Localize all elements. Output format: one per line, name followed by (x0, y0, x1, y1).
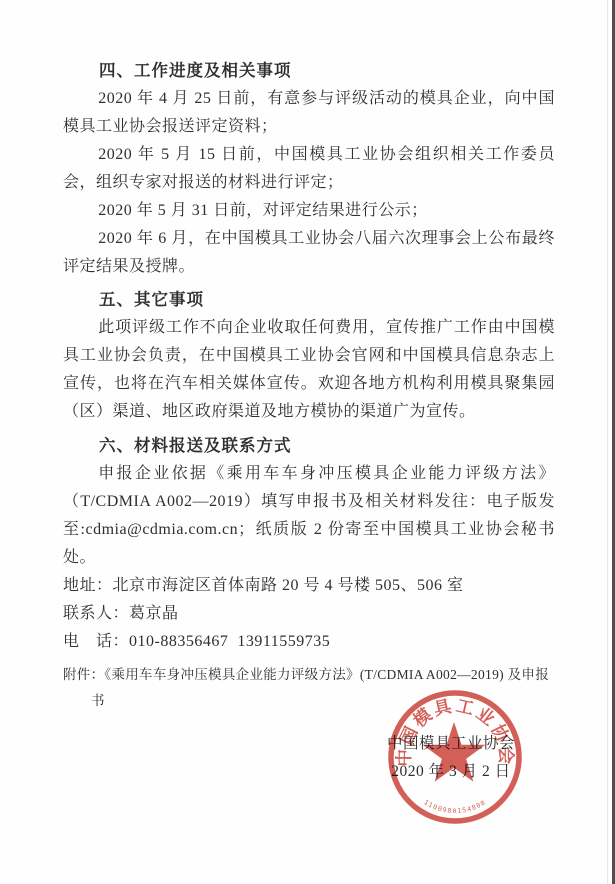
attachment-line1: 附件：《乘用车车身冲压模具企业能力评级方法》(T/CDMIA A002—2019… (63, 662, 555, 688)
attachment-label: 附件： (63, 667, 104, 682)
section-heading-4: 四、工作进度及相关事项 (99, 57, 555, 85)
seal-serial-container: 1100980154800 (422, 798, 487, 815)
attachment-note: 附件：《乘用车车身冲压模具企业能力评级方法》(T/CDMIA A002—2019… (63, 662, 555, 714)
contact-address: 地址：北京市海淀区首体南路 20 号 4 号楼 505、506 室 (63, 572, 555, 600)
section-heading-6: 六、材料报送及联系方式 (99, 432, 555, 460)
attachment-text: 《乘用车车身冲压模具企业能力评级方法》(T/CDMIA A002—2019) 及… (104, 667, 549, 682)
paragraph: 2020 年 6 月，在中国模具工业协会八届六次理事会上公布最终评定结果及授牌。 (63, 225, 555, 281)
section-heading-5: 五、其它事项 (99, 286, 555, 314)
paragraph: 2020 年 4 月 25 日前，有意参与评级活动的模具企业，向中国模具工业协会… (63, 85, 555, 141)
paragraph: 2020 年 5 月 15 日前，中国模具工业协会组织相关工作委员会，组织专家对… (63, 141, 555, 197)
scan-edge-faint-line (607, 0, 608, 884)
signature-org: 中国模具工业协会 (378, 730, 524, 758)
contact-person: 联系人：葛京晶 (63, 600, 555, 628)
attachment-line2: 书 (91, 688, 555, 714)
paragraph: 申报企业依据《乘用车车身冲压模具企业能力评级方法》（T/CDMIA A002—2… (63, 460, 555, 572)
document-body: 四、工作进度及相关事项 2020 年 4 月 25 日前，有意参与评级活动的模具… (63, 57, 555, 714)
contact-phone: 电 话：010-88356467 13911559735 (63, 628, 555, 656)
signature-date: 2020 年 3 月 2 日 (378, 758, 524, 786)
paragraph: 此项评级工作不向企业收取任何费用，宣传推广工作由中国模具工业协会负责，在中国模具… (63, 314, 555, 426)
paragraph: 2020 年 5 月 31 日前，对评定结果进行公示； (63, 197, 555, 225)
signature-block: 中国模具工业协会 2020 年 3 月 2 日 (378, 730, 524, 786)
seal-serial-number: 1100980154800 (422, 798, 487, 815)
scanned-document: { "document": { "sections": [ { "heading… (0, 0, 615, 884)
